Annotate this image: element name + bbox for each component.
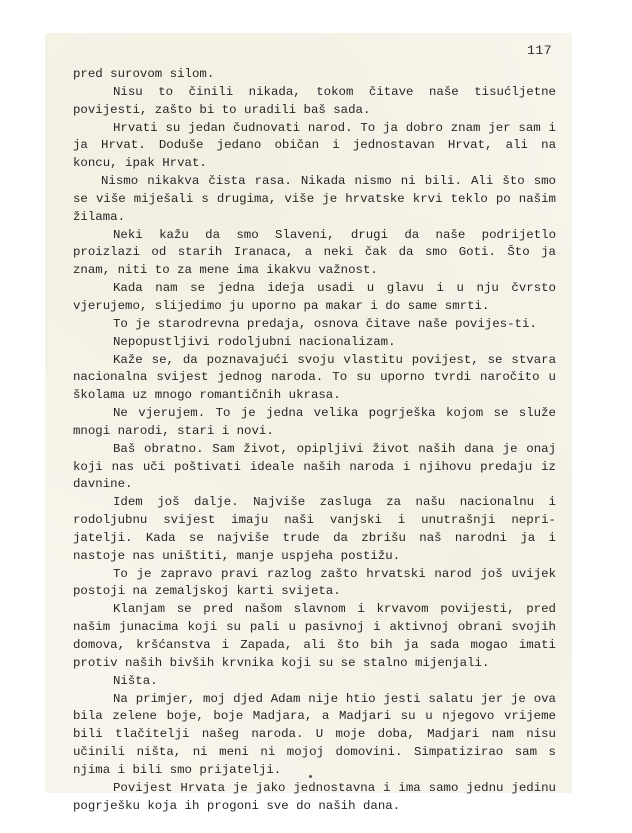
paragraph: Klanjam se pred našom slavnom i krvavom … [73,601,556,672]
book-page: 117 pred surovom silom.Nisu to činili ni… [45,33,572,793]
end-mark [309,775,312,778]
paragraph: Na primjer, moj djed Adam nije htio jest… [73,691,556,780]
paragraph: pred surovom silom. [73,66,556,84]
page-number: 117 [527,43,552,58]
paragraph: To je starodrevna predaja, osnova čitave… [73,316,556,334]
paragraph: Idem još dalje. Najviše zasluga za našu … [73,494,556,565]
paragraph: Ne vjerujem. To je jedna velika pogrješk… [73,405,556,441]
paragraph: Nepopustljivi rodoljubni nacionalizam. [73,334,556,352]
paragraph: Neki kažu da smo Slaveni, drugi da naše … [73,227,556,281]
paragraph: Kaže se, da poznavajući svoju vlastitu p… [73,352,556,406]
body-text: pred surovom silom.Nisu to činili nikada… [73,66,556,815]
paragraph: Baš obratno. Sam život, opipljivi život … [73,441,556,495]
paragraph: Nismo nikakva čista rasa. Nikada nismo n… [73,173,556,227]
paragraph: Povijest Hrvata je jako jednostavna i im… [73,780,556,816]
paragraph: Kada nam se jedna ideja usadi u glavu i … [73,280,556,316]
paragraph: Nisu to činili nikada, tokom čitave naše… [73,84,556,120]
paragraph: To je zapravo pravi razlog zašto hrvatsk… [73,566,556,602]
paragraph: Hrvati su jedan čudnovati narod. To ja d… [73,120,556,174]
paragraph: Ništa. [73,673,556,691]
